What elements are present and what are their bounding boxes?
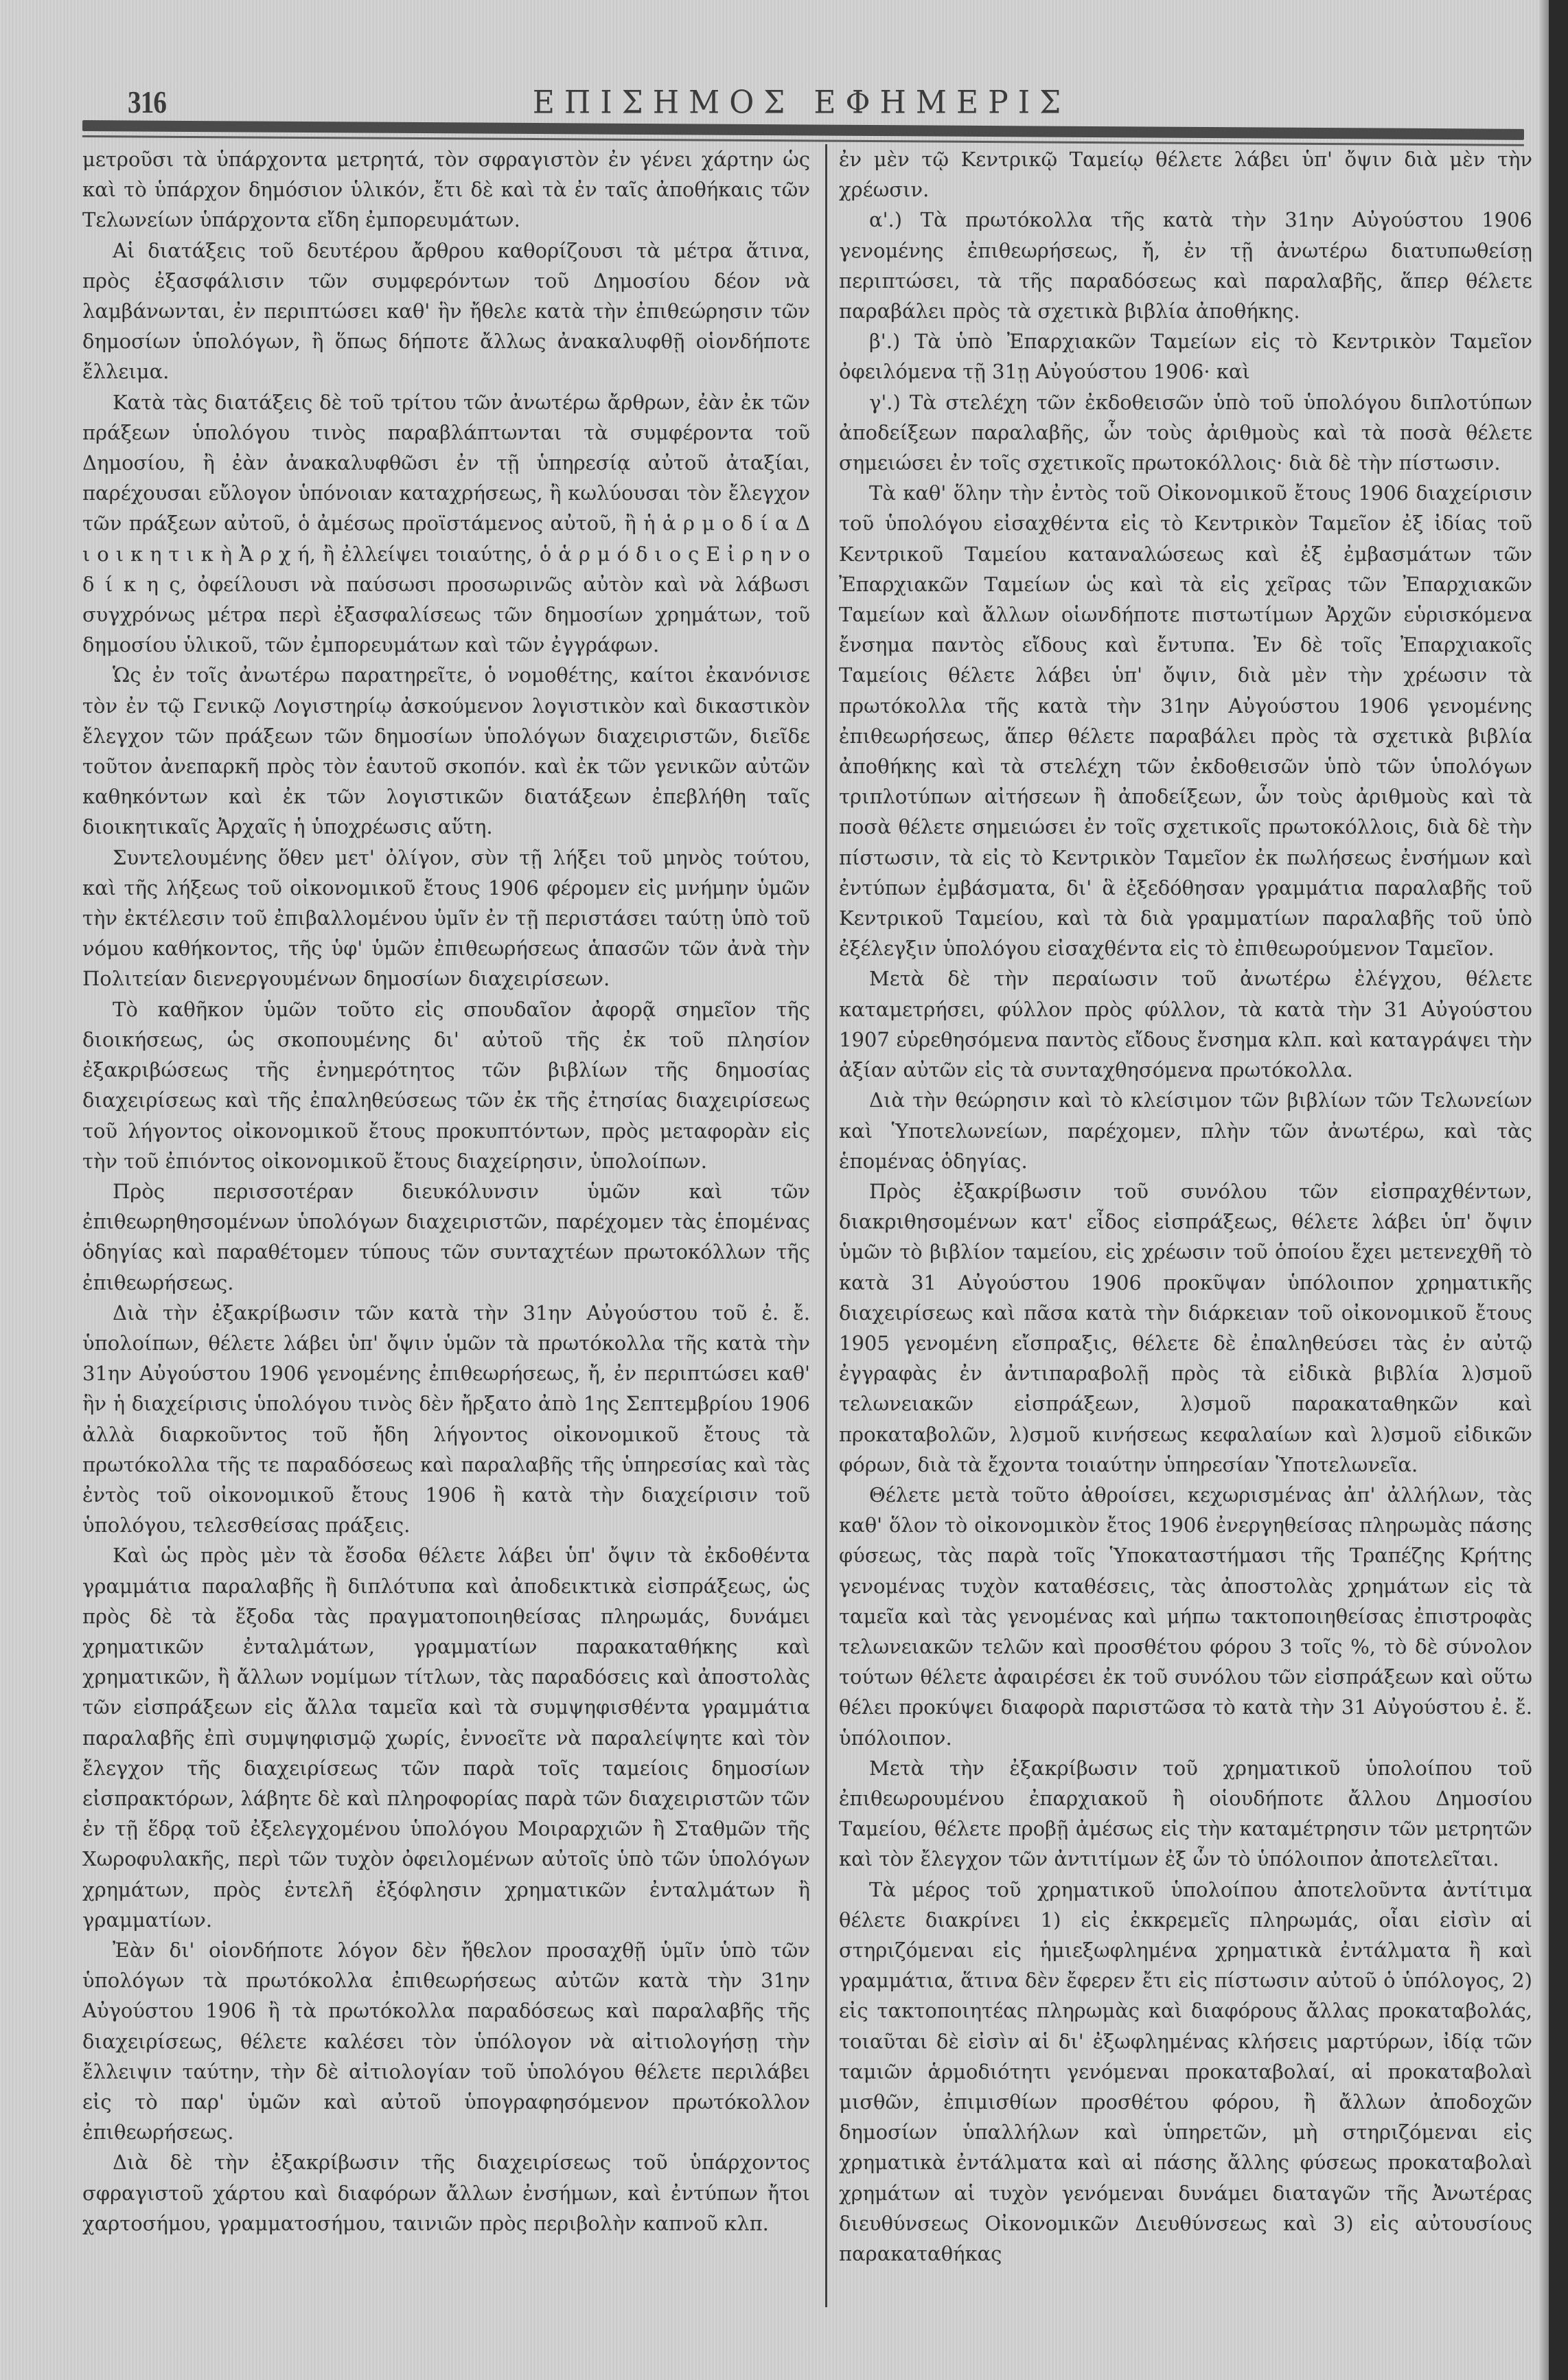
paragraph: Θέλετε μετὰ τοῦτο ἀθροίσει, κεχωρισμένας… <box>839 1480 1532 1753</box>
paragraph: Ἐὰν δι' οἱονδήποτε λόγον δὲν ἤθελον προσ… <box>82 1935 810 2147</box>
paragraph: Τὰ καθ' ὅλην τὴν ἐντὸς τοῦ Οἰκονομικοῦ ἔ… <box>839 478 1532 963</box>
paragraph: Καὶ ὡς πρὸς μὲν τὰ ἔσοδα θέλετε λάβει ὑπ… <box>82 1540 810 1935</box>
paragraph: Συντελουμένης ὅθεν μετ' ὀλίγον, σὺν τῇ λ… <box>82 843 810 994</box>
page-header: 316 ΕΠΙΣΗΜΟΣ ΕΦΗΜΕΡΙΣ <box>0 82 1548 124</box>
paragraph: Πρὸς περισσοτέραν διευκόλυνσιν ὑμῶν καὶ … <box>82 1176 810 1298</box>
paragraph: Τὸ καθῆκον ὑμῶν τοῦτο εἰς σπουδαῖον ἀφορ… <box>82 994 810 1176</box>
paragraph: Αἱ διατάξεις τοῦ δευτέρου ἄρθρου καθορίζ… <box>82 236 810 387</box>
paragraph: β'.) Τὰ ὑπὸ Ἐπαρχιακῶν Ταμείων εἰς τὸ Κε… <box>839 326 1532 387</box>
page-edge-shadow <box>1539 0 1549 2380</box>
masthead-title: ΕΠΙΣΗΜΟΣ ΕΦΗΜΕΡΙΣ <box>0 84 1548 122</box>
paragraph: Μετὰ τὴν ἐξακρίβωσιν τοῦ χρηματικοῦ ὑπολ… <box>839 1753 1532 1875</box>
paragraph: Διὰ τὴν θεώρησιν καὶ τὸ κλείσιμον τῶν βι… <box>839 1085 1532 1176</box>
paragraph: Πρὸς ἐξακρίβωσιν τοῦ συνόλου τῶν εἰσπραχ… <box>839 1176 1532 1480</box>
paragraph: γ'.) Τὰ στελέχη τῶν ἐκδοθεισῶν ὑπὸ τοῦ ὑ… <box>839 387 1532 479</box>
paragraph: Διὰ δὲ τὴν ἐξακρίβωσιν τῆς διαχειρίσεως … <box>82 2147 810 2239</box>
paragraph: Ὡς ἐν τοῖς ἀνωτέρω παρατηρεῖτε, ὁ νομοθέ… <box>82 660 810 842</box>
paragraph: Διὰ τὴν ἐξακρίβωσιν τῶν κατὰ τὴν 31ην Αὐ… <box>82 1298 810 1541</box>
left-column: μετροῦσι τὰ ὑπάρχοντα μετρητά, τὸν σφραγ… <box>82 144 810 2239</box>
paragraph: ἐν μὲν τῷ Κεντρικῷ Ταμείῳ θέλετε λάβει ὑ… <box>839 144 1532 205</box>
paragraph: α'.) Τὰ πρωτόκολλα τῆς κατὰ τὴν 31ην Αὐγ… <box>839 205 1532 326</box>
column-divider <box>825 144 827 2307</box>
paragraph: μετροῦσι τὰ ὑπάρχοντα μετρητά, τὸν σφραγ… <box>82 144 810 236</box>
right-column: ἐν μὲν τῷ Κεντρικῷ Ταμείῳ θέλετε λάβει ὑ… <box>839 144 1532 2269</box>
paragraph: Μετὰ δὲ τὴν περαίωσιν τοῦ ἀνωτέρω ἐλέγχο… <box>839 963 1532 1085</box>
paragraph: Τὰ μέρος τοῦ χρηματικοῦ ὑπολοίπου ἀποτελ… <box>839 1875 1532 2269</box>
paragraph: Κατὰ τὰς διατάξεις δὲ τοῦ τρίτου τῶν ἀνω… <box>82 387 810 661</box>
newspaper-page: 316 ΕΠΙΣΗΜΟΣ ΕΦΗΜΕΡΙΣ μετροῦσι τὰ ὑπάρχο… <box>0 0 1548 2380</box>
